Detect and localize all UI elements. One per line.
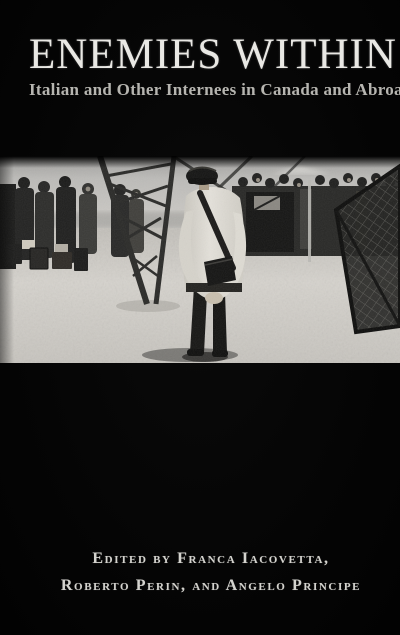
film-grain xyxy=(0,156,400,363)
photo-left-shadow xyxy=(0,156,14,363)
book-cover: ENEMIES WITHIN Italian and Other Interne… xyxy=(0,0,400,635)
photo-top-shadow xyxy=(0,156,400,168)
editors-line-2: Roberto Perin, and Angelo Principe xyxy=(22,572,400,599)
cover-photo xyxy=(0,156,400,363)
editors-credit: Edited by Franca Iacovetta, Roberto Peri… xyxy=(0,545,400,599)
editors-line-1: Edited by Franca Iacovetta, xyxy=(22,545,400,572)
book-title: ENEMIES WITHIN xyxy=(29,30,400,79)
book-subtitle: Italian and Other Internees in Canada an… xyxy=(29,80,400,100)
internment-scene-illustration xyxy=(0,156,400,363)
